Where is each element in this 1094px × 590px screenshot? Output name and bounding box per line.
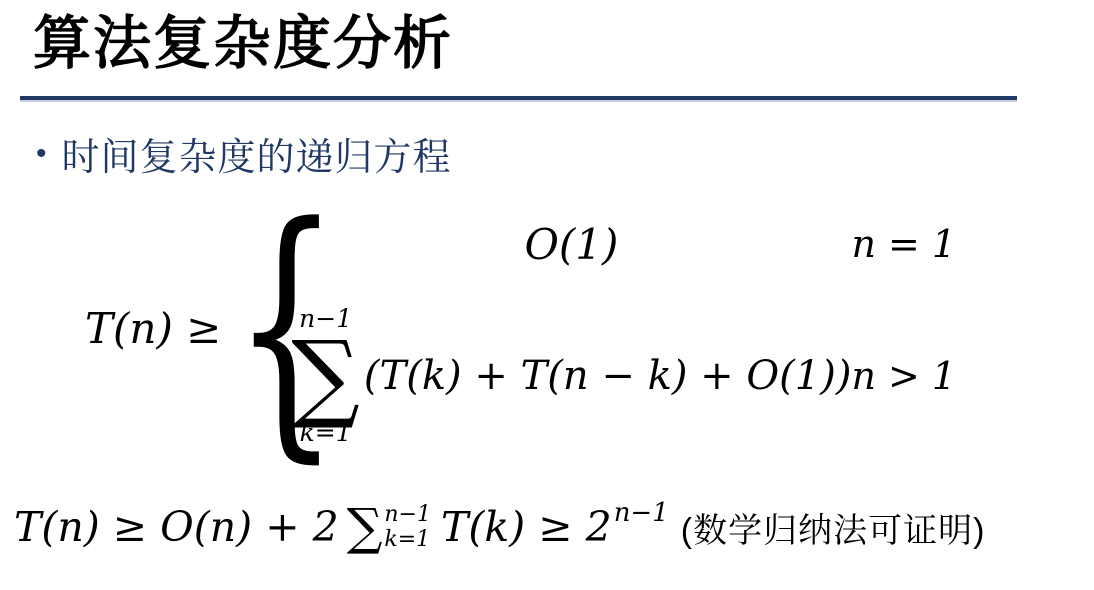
equation-lhs: T(n) ≥: [85, 304, 221, 353]
case1-expression: O(1): [291, 220, 851, 269]
title-underline: [20, 96, 1017, 102]
proof-note: (数学归纳法可证明): [681, 503, 986, 552]
case-row-base: O(1) n = 1: [291, 196, 1001, 292]
case2-expression: n−1 ∑ k=1 (T(k) + T(n − k) + O(1)): [291, 305, 851, 447]
bottom-mid: T(k) ≥ 2: [441, 503, 612, 551]
summation-block: n−1 ∑ k=1 (T(k) + T(n − k) + O(1)): [291, 305, 851, 447]
exponent: n−1: [614, 498, 669, 528]
case1-condition: n = 1: [851, 222, 1001, 266]
bullet-icon: •: [36, 139, 48, 169]
inline-sum-lower-limit: k=1: [384, 527, 431, 552]
left-brace-icon: {: [233, 199, 278, 457]
case-row-recursive: n−1 ∑ k=1 (T(k) + T(n − k) + O(1)) n > 1: [291, 292, 1001, 460]
bottom-lhs: T(n) ≥ O(n) + 2: [14, 503, 339, 551]
inline-sum-upper-limit: n−1: [384, 502, 431, 527]
slide: 算法复杂度分析 • 时间复杂度的递归方程 T(n) ≥ { O(1) n = 1…: [0, 0, 1094, 590]
induction-inequality: T(n) ≥ O(n) + 2 ∑ n−1 k=1 T(k) ≥ 2 n−1 (…: [14, 490, 985, 564]
summand-expression: (T(k) + T(n − k) + O(1)): [364, 353, 852, 399]
case2-condition: n > 1: [851, 354, 1001, 398]
inline-sigma-icon: ∑: [347, 505, 383, 550]
case-list: O(1) n = 1 n−1 ∑ k=1 (T(k) + T(n − k) + …: [291, 196, 1001, 460]
inline-sum-limits: n−1 k=1: [384, 502, 431, 553]
page-title: 算法复杂度分析: [33, 0, 453, 87]
recurrence-equation: T(n) ≥ { O(1) n = 1 n−1 ∑ k=1 (T(k) + T(…: [85, 196, 975, 460]
